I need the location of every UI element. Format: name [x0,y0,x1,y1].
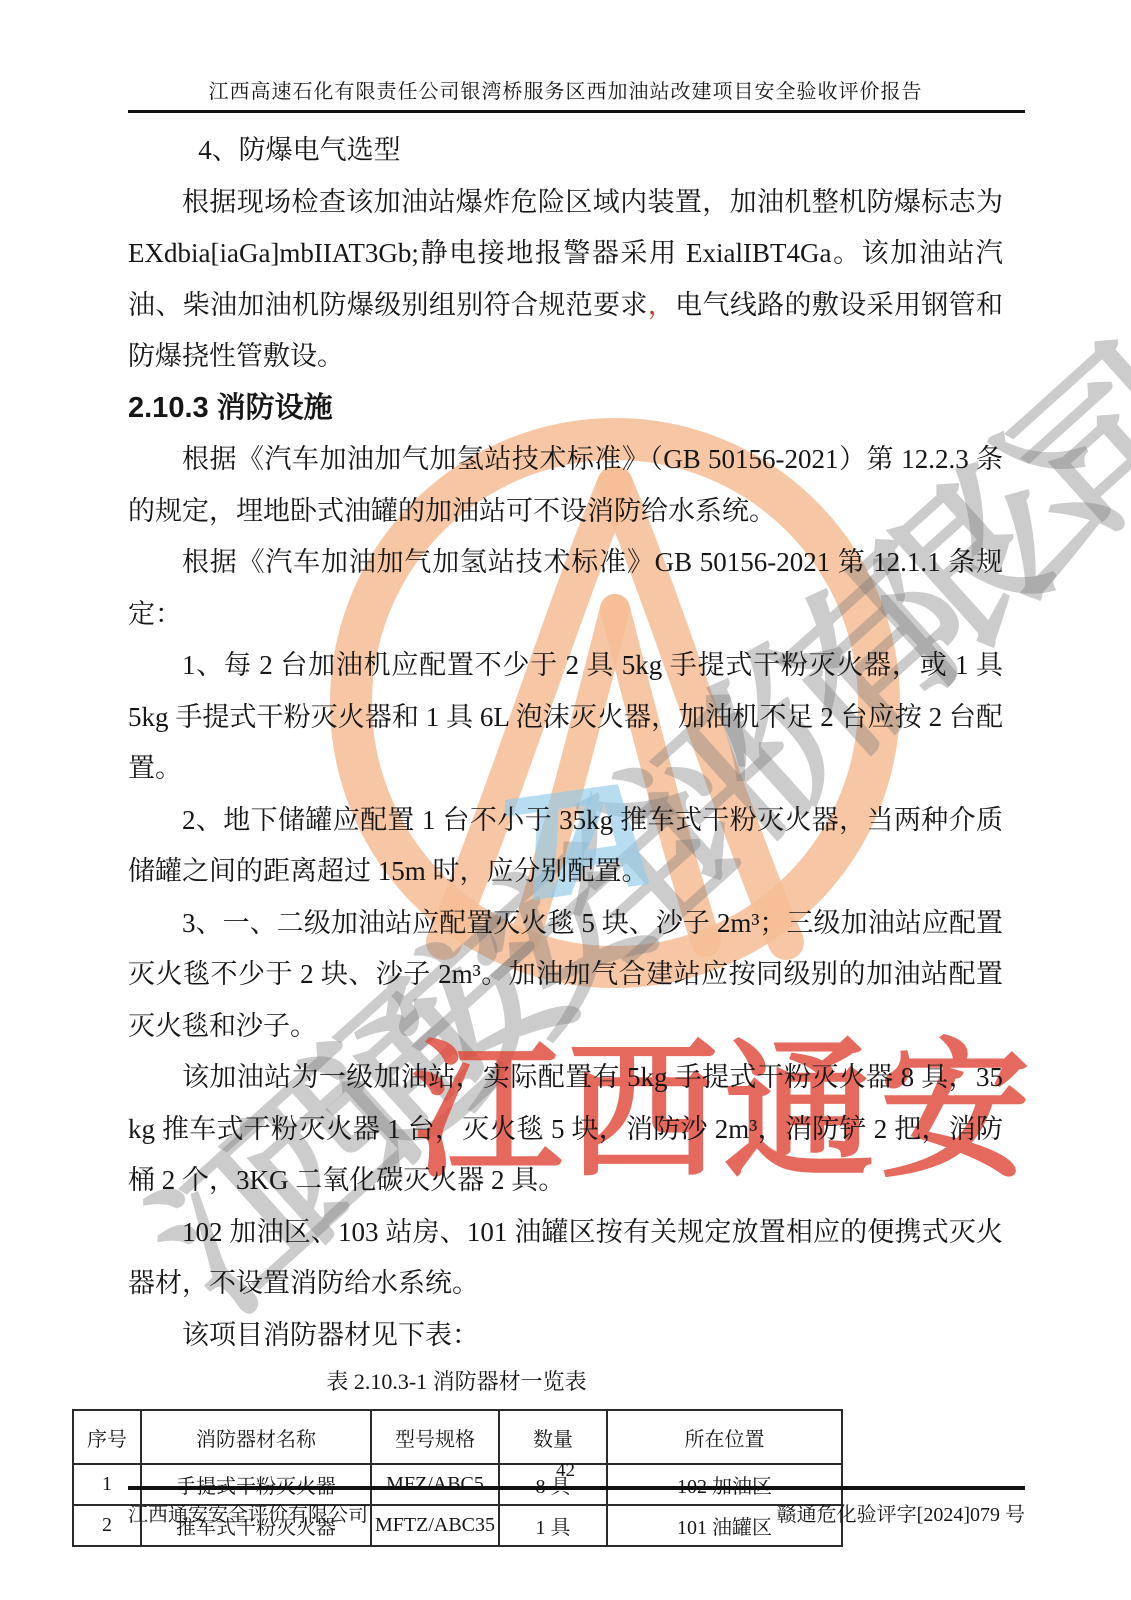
paragraph: 3、一、二级加油站应配置灭火毯 5 块、沙子 2m³；三级加油站应配置灭火毯不少… [128,898,1003,1053]
text-segment: 该加油站为一级加油站，实际配置有 5kg 手提式干粉灭火器 8 具，35 kg … [128,1062,1003,1195]
section-heading: 2.10.3 消防设施 [128,383,1003,435]
table-header-row: 序号消防器材名称型号规格数量所在位置 [73,1410,842,1464]
footer-row: 江西通安安全评价有限公司 赣通危化验评字[2024]079 号 [128,1498,1025,1527]
text-segment: 2.10.3 消防设施 [128,392,333,424]
paragraph: 根据《汽车加油加气加氢站技术标准》（GB 50156-2021）第 12.2.3… [128,434,1003,537]
paragraph: 102 加油区、103 站房、101 油罐区按有关规定放置相应的便携式灭火器材，… [128,1207,1003,1310]
table-header-cell: 数量 [499,1410,607,1464]
report-page: 江西通安安全评价有限公司 TA 江西通安 江西高速石化有限责任公司银湾桥服务区西… [0,0,1131,1600]
table-header-cell: 型号规格 [371,1410,499,1464]
text-segment: 102 加油区、103 站房、101 油罐区按有关规定放置相应的便携式灭火器材，… [128,1217,1003,1299]
paragraph: 根据现场检查该加油站爆炸危险区域内装置，加油机整机防爆标志为 EXdbia[ia… [128,177,1003,383]
footer-doc-number: 赣通危化验评字[2024]079 号 [777,1498,1025,1527]
text-segment: 根据《汽车加油加气加氢站技术标准》（GB 50156-2021）第 12.2.3… [128,444,1003,526]
text-segment: 2、地下储罐应配置 1 台不小于 35kg 推车式干粉灭火器，当两种介质储罐之间… [128,805,1003,887]
table-header-cell: 消防器材名称 [141,1410,371,1464]
paragraph: 该项目消防器材见下表： [128,1310,1003,1362]
paragraph: 该加油站为一级加油站，实际配置有 5kg 手提式干粉灭火器 8 具，35 kg … [128,1052,1003,1207]
paragraph: 根据《汽车加油加气加氢站技术标准》GB 50156-2021 第 12.1.1 … [128,537,1003,640]
footer-company: 江西通安安全评价有限公司 [128,1498,368,1527]
table-header-cell: 所在位置 [607,1410,842,1464]
paragraph: 1、每 2 台加油机应配置不少于 2 具 5kg 手提式干粉灭火器，或 1 具 … [128,640,1003,795]
table-header-cell: 序号 [73,1410,141,1464]
text-segment: ， [648,290,675,320]
text-segment: 1、每 2 台加油机应配置不少于 2 具 5kg 手提式干粉灭火器，或 1 具 … [128,650,1003,783]
page-number: 42 [0,1460,1131,1482]
paragraph: 4、防爆电气选型 [128,125,1003,177]
page-content: 江西高速石化有限责任公司银湾桥服务区西加油站改建项目安全验收评价报告 4、防爆电… [0,0,1131,1547]
text-segment: 4、防爆电气选型 [198,135,401,165]
text-segment: 该项目消防器材见下表： [182,1320,479,1350]
header-rule [128,110,1025,113]
text-segment: 根据《汽车加油加气加氢站技术标准》GB 50156-2021 第 12.1.1 … [128,547,1003,629]
footer-rule [128,1486,1025,1490]
document-body: 4、防爆电气选型根据现场检查该加油站爆炸危险区域内装置，加油机整机防爆标志为 E… [128,125,1003,1361]
header-title: 江西高速石化有限责任公司银湾桥服务区西加油站改建项目安全验收评价报告 [0,0,1131,104]
table-caption: 表 2.10.3-1 消防器材一览表 [72,1365,841,1399]
text-segment: 3、一、二级加油站应配置灭火毯 5 块、沙子 2m³；三级加油站应配置灭火毯不少… [128,908,1003,1041]
paragraph: 2、地下储罐应配置 1 台不小于 35kg 推车式干粉灭火器，当两种介质储罐之间… [128,795,1003,898]
